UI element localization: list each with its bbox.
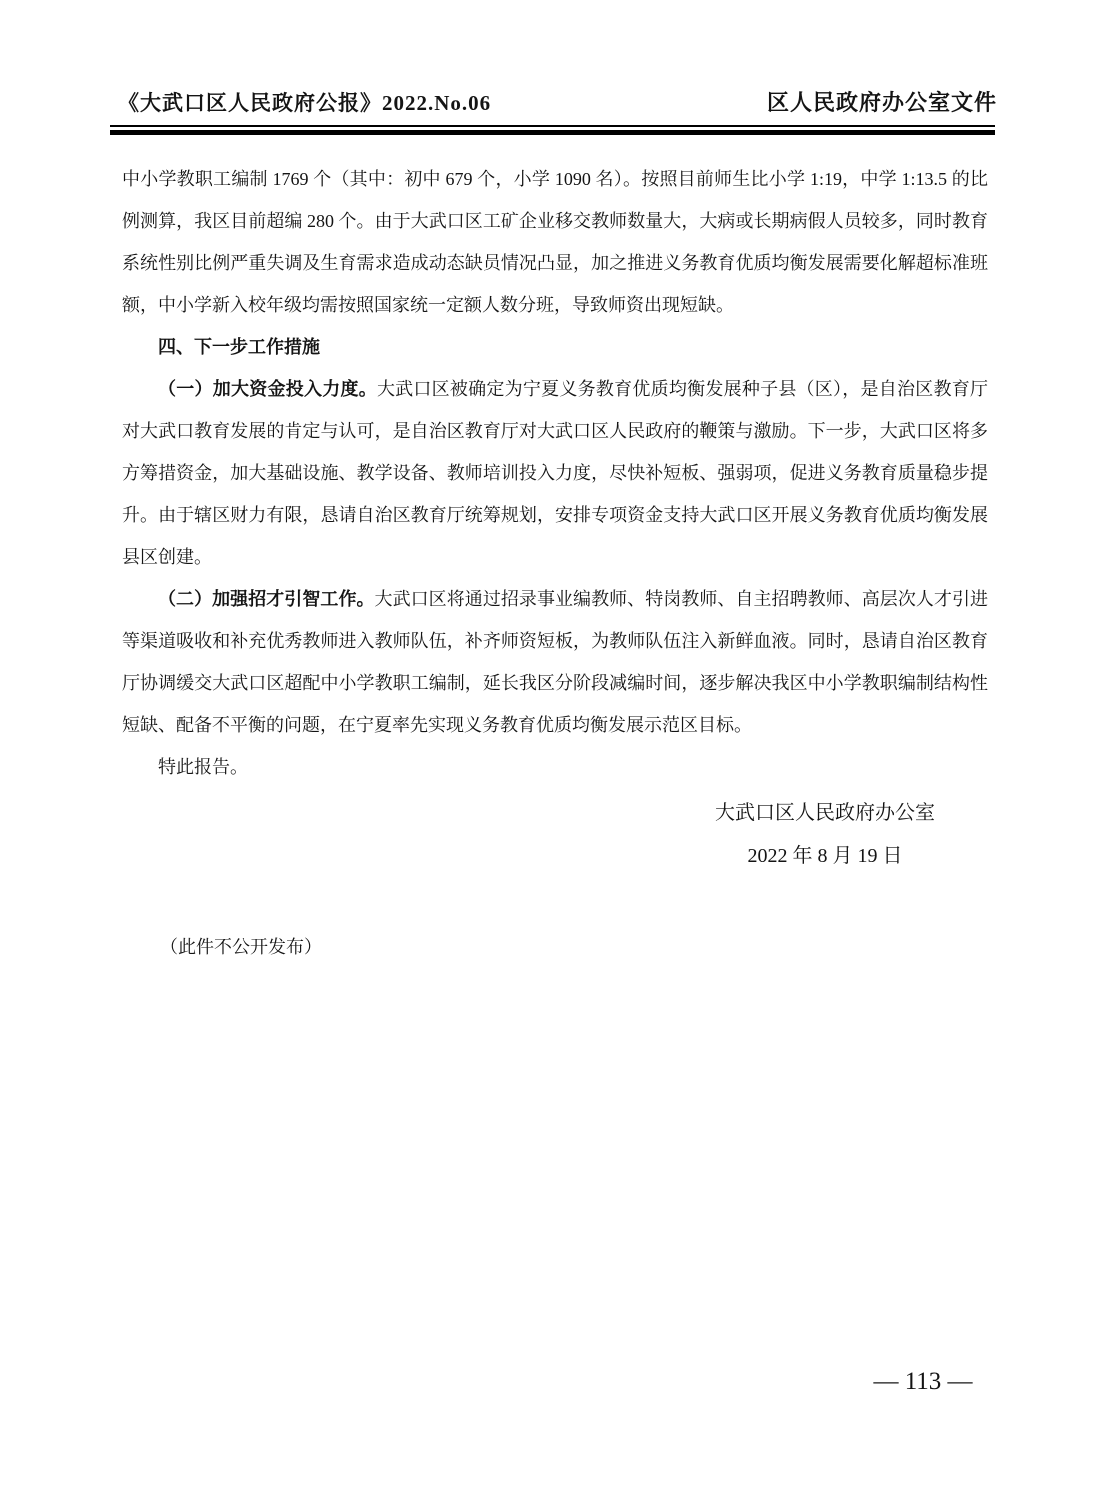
document-category-label: 区人民政府办公室文件 — [767, 86, 997, 117]
signature-office: 大武口区人民政府办公室 — [650, 792, 1000, 835]
page-number: — 113 — — [823, 1368, 1023, 1396]
document-body: 中小学教职工编制 1769 个（其中：初中 679 个，小学 1090 名）。按… — [122, 158, 988, 788]
page-header: 《大武口区人民政府公报》2022.No.06 区人民政府办公室文件 — [118, 86, 997, 117]
measure-item-2: （二）加强招才引智工作。大武口区将通过招录事业编教师、特岗教师、自主招聘教师、高… — [122, 578, 988, 746]
closing-line: 特此报告。 — [122, 746, 988, 788]
measure-item-1-label: （一）加大资金投入力度。 — [158, 379, 377, 399]
measure-item-1: （一）加大资金投入力度。大武口区被确定为宁夏义务教育优质均衡发展种子县（区），是… — [122, 368, 988, 578]
header-divider-rule — [110, 125, 995, 135]
signature-date: 2022 年 8 月 19 日 — [650, 835, 1000, 878]
continuation-paragraph: 中小学教职工编制 1769 个（其中：初中 679 个，小学 1090 名）。按… — [122, 158, 988, 326]
measure-item-2-label: （二）加强招才引智工作。 — [158, 589, 375, 609]
measure-item-2-text: 大武口区将通过招录事业编教师、特岗教师、自主招聘教师、高层次人才引进等渠道吸收和… — [122, 589, 988, 735]
signature-block: 大武口区人民政府办公室 2022 年 8 月 19 日 — [650, 792, 1000, 878]
section-heading: 四、下一步工作措施 — [122, 326, 988, 368]
distribution-note: （此件不公开发布） — [160, 934, 322, 960]
gazette-title: 《大武口区人民政府公报》2022.No.06 — [118, 87, 491, 117]
document-page: 《大武口区人民政府公报》2022.No.06 区人民政府办公室文件 中小学教职工… — [0, 0, 1105, 1489]
measure-item-1-text: 大武口区被确定为宁夏义务教育优质均衡发展种子县（区），是自治区教育厅对大武口教育… — [122, 379, 988, 567]
